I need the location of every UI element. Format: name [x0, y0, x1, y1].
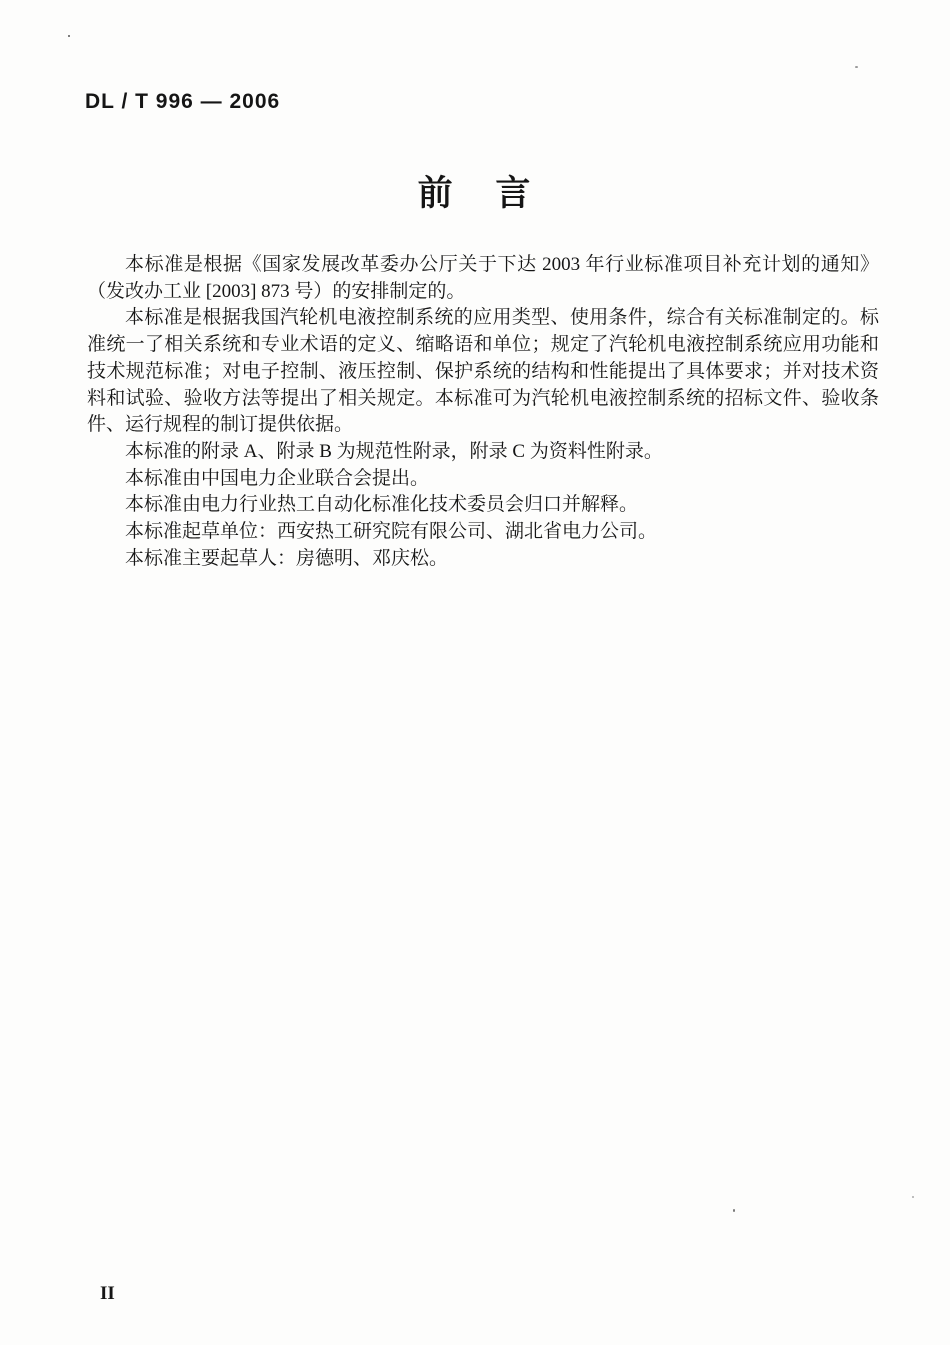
scanned-document-page: DL / T 996 — 2006 前 言 本标准是根据《国家发展改革委办公厅关… [0, 0, 950, 1345]
paragraph-drafting-organizations: 本标准起草单位：西安热工研究院有限公司、湖北省电力公司。 [87, 519, 879, 546]
scan-speckle [855, 66, 858, 68]
paragraph-main-drafters: 本标准主要起草人：房德明、邓庆松。 [87, 546, 879, 573]
page-number: II [100, 1283, 115, 1305]
foreword-body: 本标准是根据《国家发展改革委办公厅关于下达 2003 年行业标准项目补充计划的通… [87, 252, 879, 572]
standard-number-header: DL / T 996 — 2006 [85, 90, 280, 114]
paragraph-annexes: 本标准的附录 A、附录 B 为规范性附录，附录 C 为资料性附录。 [87, 439, 879, 466]
foreword-title: 前 言 [0, 166, 950, 216]
paragraph-proposed-by: 本标准由中国电力企业联合会提出。 [87, 466, 879, 493]
scan-speckle [68, 35, 70, 37]
scan-speckle [733, 1209, 735, 1212]
paragraph-basis: 本标准是根据《国家发展改革委办公厅关于下达 2003 年行业标准项目补充计划的通… [87, 252, 879, 305]
paragraph-scope-summary: 本标准是根据我国汽轮机电液控制系统的应用类型、使用条件，综合有关标准制定的。标准… [87, 305, 879, 439]
paragraph-administered-by: 本标准由电力行业热工自动化标准化技术委员会归口并解释。 [87, 492, 879, 519]
scan-speckle [912, 1196, 914, 1198]
